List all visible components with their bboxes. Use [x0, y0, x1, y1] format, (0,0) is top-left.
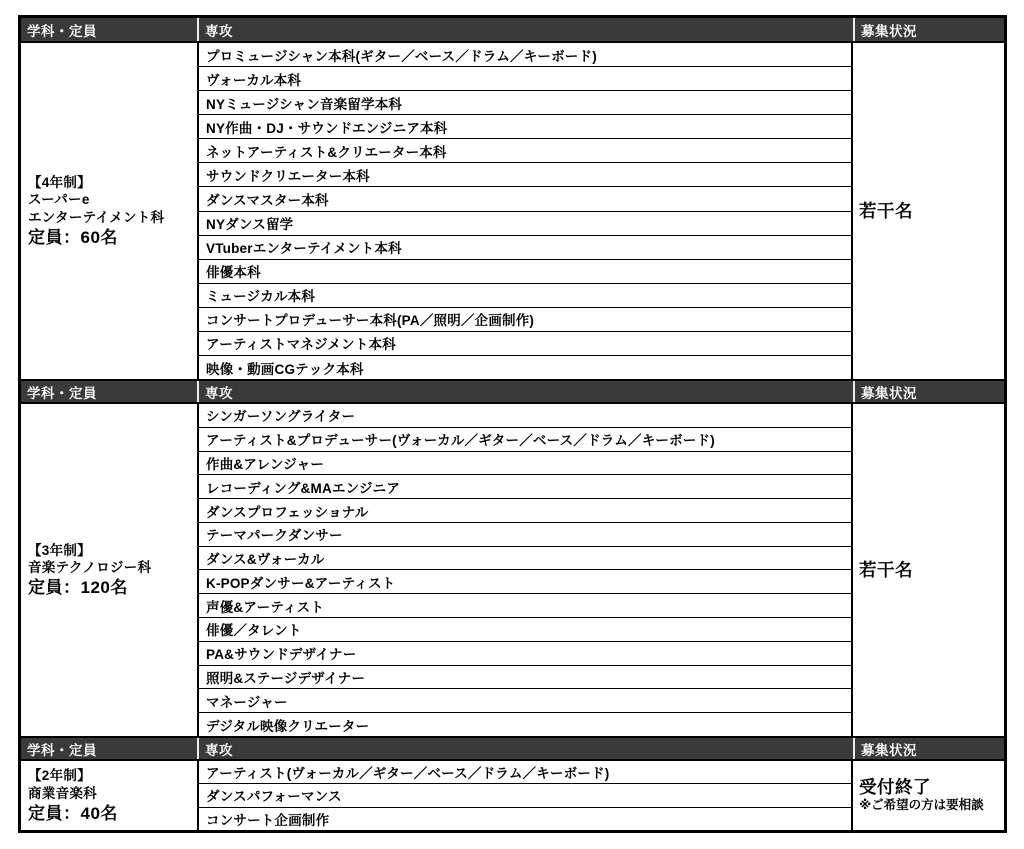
section-body: 【3年制】音楽テクノロジー科定員：120名シンガーソングライターアーティスト&プ…: [21, 404, 1004, 736]
department-cell: 【3年制】音楽テクノロジー科定員：120名: [21, 404, 197, 736]
column-header-major: 専攻: [197, 18, 853, 41]
major-row: 映像・動画CGテック本科: [199, 355, 851, 379]
major-row: 作曲&アレンジャー: [199, 451, 851, 475]
department-cell: 【2年制】商業音楽科定員：40名: [21, 761, 197, 830]
status-note: ※ご希望の方は要相談: [859, 798, 1004, 814]
major-row: ヴォーカル本科: [199, 66, 851, 90]
department-name-line: 【3年制】: [28, 542, 197, 560]
section-header-row: 学科・定員専攻募集状況: [21, 18, 1004, 43]
department-capacity: 定員：40名: [28, 803, 197, 824]
major-row: テーマパークダンサー: [199, 522, 851, 546]
major-row: プロミュージシャン本科(ギター／ベース／ドラム／キーボード): [199, 43, 851, 66]
major-row: VTuberエンターテイメント本科: [199, 235, 851, 259]
department-name-line: 音楽テクノロジー科: [28, 559, 197, 577]
majors-column: シンガーソングライターアーティスト&プロデューサー(ヴォーカル／ギター／ベース／…: [197, 404, 853, 736]
status-cell: 若干名: [853, 404, 1004, 736]
major-row: K-POPダンサー&アーティスト: [199, 569, 851, 593]
column-header-department: 学科・定員: [21, 738, 197, 759]
status-cell: 受付終了※ご希望の方は要相談: [853, 761, 1004, 830]
major-row: 声優&アーティスト: [199, 593, 851, 617]
department-name-line: 商業音楽科: [28, 785, 197, 803]
major-row: アーティストマネジメント本科: [199, 331, 851, 355]
status-value: 若干名: [859, 201, 1004, 222]
major-row: NYミュージシャン音楽留学本科: [199, 90, 851, 114]
department-name-line: 【4年制】: [28, 174, 197, 192]
department-capacity: 定員：60名: [28, 227, 197, 248]
major-row: シンガーソングライター: [199, 404, 851, 427]
major-row: コンサートプロデューサー本科(PA／照明／企画制作): [199, 307, 851, 331]
department-name-line: エンターテイメント科: [28, 209, 197, 227]
majors-column: アーティスト(ヴォーカル／ギター／ベース／ドラム／キーボード)ダンスパフォーマン…: [197, 761, 853, 830]
status-value: 受付終了: [859, 777, 1004, 798]
column-header-major: 専攻: [197, 738, 853, 759]
major-row: 俳優本科: [199, 259, 851, 283]
major-row: コンサート企画制作: [199, 807, 851, 830]
major-row: NYダンス留学: [199, 211, 851, 235]
column-header-status: 募集状況: [853, 381, 1004, 402]
department-capacity: 定員：120名: [28, 577, 197, 598]
department-cell: 【4年制】スーパーeエンターテイメント科定員：60名: [21, 43, 197, 379]
department-name-line: スーパーe: [28, 191, 197, 209]
major-row: アーティスト(ヴォーカル／ギター／ベース／ドラム／キーボード): [199, 761, 851, 783]
section-header-row: 学科・定員専攻募集状況: [21, 379, 1004, 404]
major-row: ネットアーティスト&クリエーター本科: [199, 138, 851, 162]
admission-status-table: 学科・定員専攻募集状況【4年制】スーパーeエンターテイメント科定員：60名プロミ…: [18, 15, 1007, 833]
majors-column: プロミュージシャン本科(ギター／ベース／ドラム／キーボード)ヴォーカル本科NYミ…: [197, 43, 853, 379]
major-row: PA&サウンドデザイナー: [199, 641, 851, 665]
column-header-major: 専攻: [197, 381, 853, 402]
major-row: サウンドクリエーター本科: [199, 162, 851, 186]
major-row: ミュージカル本科: [199, 283, 851, 307]
section-body: 【4年制】スーパーeエンターテイメント科定員：60名プロミュージシャン本科(ギタ…: [21, 43, 1004, 379]
major-row: デジタル映像クリエーター: [199, 712, 851, 736]
major-row: NY作曲・DJ・サウンドエンジニア本科: [199, 114, 851, 138]
major-row: ダンスマスター本科: [199, 186, 851, 210]
table-section-0: 学科・定員専攻募集状況【4年制】スーパーeエンターテイメント科定員：60名プロミ…: [21, 18, 1004, 379]
table-section-2: 学科・定員専攻募集状況【2年制】商業音楽科定員：40名アーティスト(ヴォーカル／…: [21, 736, 1004, 830]
table-section-1: 学科・定員専攻募集状況【3年制】音楽テクノロジー科定員：120名シンガーソングラ…: [21, 379, 1004, 736]
major-row: ダンスパフォーマンス: [199, 783, 851, 806]
major-row: 照明&ステージデザイナー: [199, 665, 851, 689]
major-row: マネージャー: [199, 688, 851, 712]
column-header-department: 学科・定員: [21, 381, 197, 402]
column-header-status: 募集状況: [853, 738, 1004, 759]
major-row: ダンスプロフェッショナル: [199, 498, 851, 522]
major-row: アーティスト&プロデューサー(ヴォーカル／ギター／ベース／ドラム／キーボード): [199, 427, 851, 451]
column-header-department: 学科・定員: [21, 18, 197, 41]
status-cell: 若干名: [853, 43, 1004, 379]
status-value: 若干名: [859, 560, 1004, 581]
major-row: レコーディング&MAエンジニア: [199, 474, 851, 498]
section-header-row: 学科・定員専攻募集状況: [21, 736, 1004, 761]
major-row: ダンス&ヴォーカル: [199, 546, 851, 570]
column-header-status: 募集状況: [853, 18, 1004, 41]
department-name-line: 【2年制】: [28, 767, 197, 785]
section-body: 【2年制】商業音楽科定員：40名アーティスト(ヴォーカル／ギター／ベース／ドラム…: [21, 761, 1004, 830]
major-row: 俳優／タレント: [199, 617, 851, 641]
